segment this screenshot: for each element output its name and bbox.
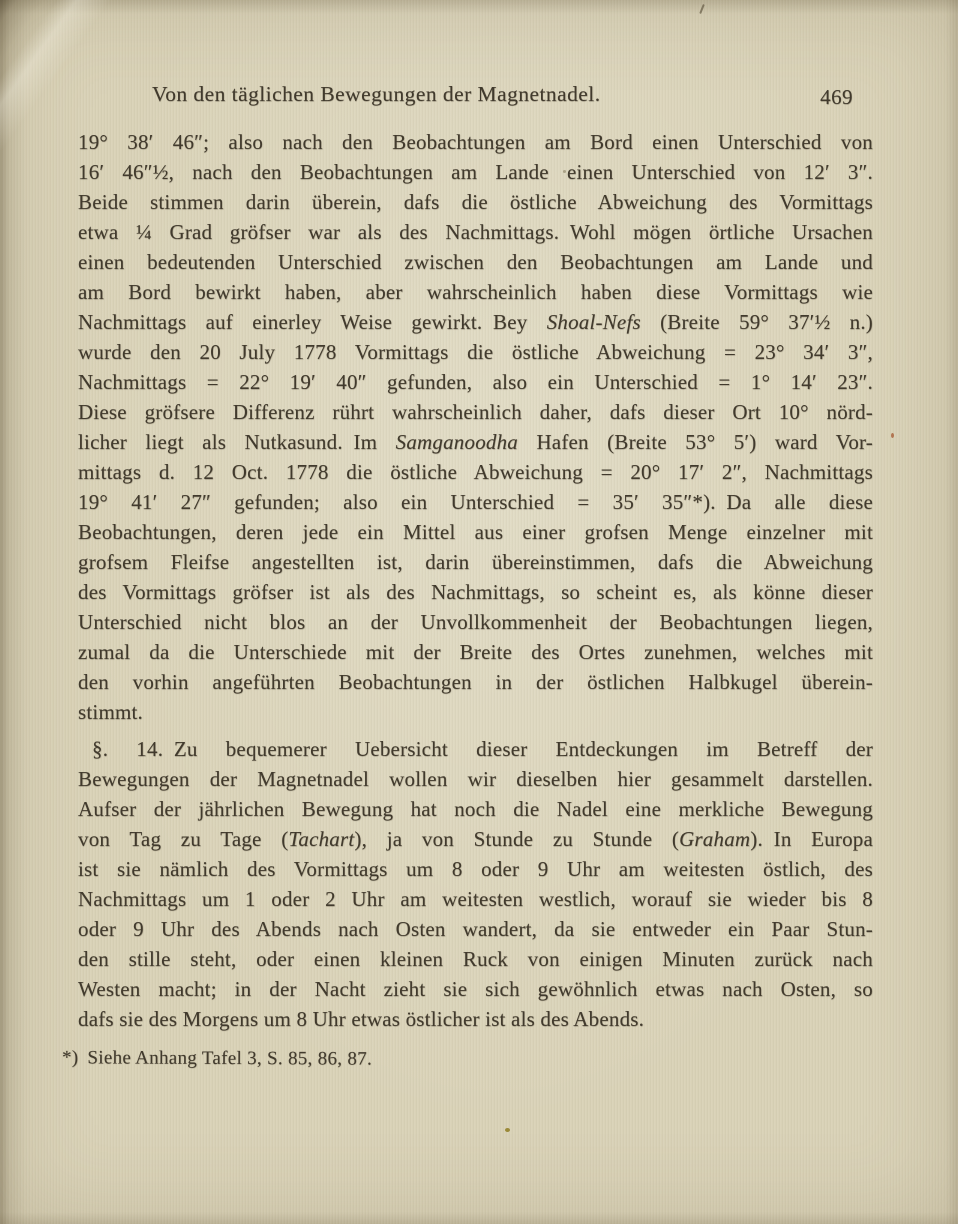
- text-line: wurde den 20 July 1778 Vormittags die ös…: [78, 337, 873, 367]
- text-line: etwa ¼ Grad gröfser war als des Nachmitt…: [78, 217, 873, 247]
- text-line: Diese gröfsere Differenz rührt wahrschei…: [78, 397, 873, 427]
- text-line: Aufser der jährlichen Bewegung hat noch …: [78, 794, 873, 824]
- text-line: 19° 38′ 46″; also nach den Beobachtungen…: [78, 127, 873, 157]
- text-line: ist sie nämlich des Vormittags um 8 oder…: [78, 854, 873, 884]
- text-line: einen bedeutenden Unterschied zwischen d…: [78, 247, 873, 277]
- paper-speck: [505, 1128, 510, 1132]
- text-line: Bewegungen der Magnetnadel wollen wir di…: [78, 764, 873, 794]
- text-segment: von Tag zu Tage (: [78, 827, 288, 851]
- footnote-text: Siehe Anhang Tafel 3, S. 85, 86, 87.: [87, 1047, 372, 1069]
- text-line: Beide stimmen darin überein, dafs die ös…: [78, 187, 873, 217]
- running-title: Von den täglichen Bewegungen der Magnetn…: [152, 82, 601, 107]
- page-header: Von den täglichen Bewegungen der Magnetn…: [78, 82, 873, 107]
- text-segment: Nachmittags auf einerley Weise gewirkt. …: [78, 310, 547, 334]
- text-line: den vorhin angeführten Beobachtungen in …: [78, 667, 873, 697]
- paragraph-continuation: 19° 38′ 46″; also nach den Beobachtungen…: [78, 127, 873, 727]
- text-line: des Vormittags gröfser ist als des Nachm…: [78, 577, 873, 607]
- text-line: Westen macht; in der Nacht zieht sie sic…: [78, 974, 873, 1004]
- text-segment: (Breite 59° 37′½ n.): [641, 310, 873, 334]
- text-line: den stille steht, oder einen kleinen Ruc…: [78, 944, 873, 974]
- text-line: Unterschied nicht blos an der Unvollkomm…: [78, 607, 873, 637]
- text-line: zumal da die Unterschiede mit der Breite…: [78, 637, 873, 667]
- text-line: am Bord bewirkt haben, aber wahrscheinli…: [78, 277, 873, 307]
- text-line: von Tag zu Tage (Tachart), ja von Stunde…: [78, 824, 873, 854]
- ink-mark: [699, 4, 705, 14]
- text-line: dafs sie des Morgens um 8 Uhr etwas östl…: [78, 1004, 873, 1034]
- text-block: 19° 38′ 46″; also nach den Beobachtungen…: [78, 127, 873, 1073]
- text-segment: Hafen (Breite 53° 5′) ward Vor-: [518, 430, 873, 454]
- paragraph-section-14: §. 14. Zu bequemerer Uebersicht dieser E…: [78, 734, 873, 1034]
- scanned-book-page: Von den täglichen Bewegungen der Magnetn…: [0, 0, 958, 1224]
- text-line: grofsem Fleifse angestellten ist, darin …: [78, 547, 873, 577]
- text-line: licher liegt als Nutkasund. Im Samganood…: [78, 427, 873, 457]
- text-segment: ). In Europa: [750, 827, 873, 851]
- text-line: Beobachtungen, deren jede ein Mittel aus…: [78, 517, 873, 547]
- text-line: 19° 41′ 27″ gefunden; also ein Unterschi…: [78, 487, 873, 517]
- page-number: 469: [820, 85, 853, 110]
- place-name-shoal-ness: Shoal-Nefs: [547, 310, 641, 334]
- text-line: mittags d. 12 Oct. 1778 die östliche Abw…: [78, 457, 873, 487]
- text-segment: licher liegt als Nutkasund. Im: [78, 430, 396, 454]
- text-line: Nachmittags um 1 oder 2 Uhr am weitesten…: [78, 884, 873, 914]
- author-name-tachart: Tachart: [288, 827, 354, 851]
- footnote-marker: *): [62, 1047, 79, 1068]
- text-line-section-heading: §. 14. Zu bequemerer Uebersicht dieser E…: [78, 734, 873, 764]
- text-line: 16′ 46″½, nach den Beobachtungen am Land…: [78, 157, 873, 187]
- place-name-samganoodha: Samganoodha: [396, 430, 518, 454]
- text-line: Nachmittags auf einerley Weise gewirkt. …: [78, 307, 873, 337]
- footnote: *)Siehe Anhang Tafel 3, S. 85, 86, 87.: [62, 1045, 873, 1075]
- author-name-graham: Graham: [679, 827, 750, 851]
- text-line: Nachmittags = 22° 19′ 40″ gefunden, also…: [78, 367, 873, 397]
- paper-speck: [891, 433, 894, 438]
- text-line: stimmt.: [78, 697, 873, 727]
- text-segment: ), ja von Stunde zu Stunde (: [354, 827, 679, 851]
- text-line: oder 9 Uhr des Abends nach Osten wandert…: [78, 914, 873, 944]
